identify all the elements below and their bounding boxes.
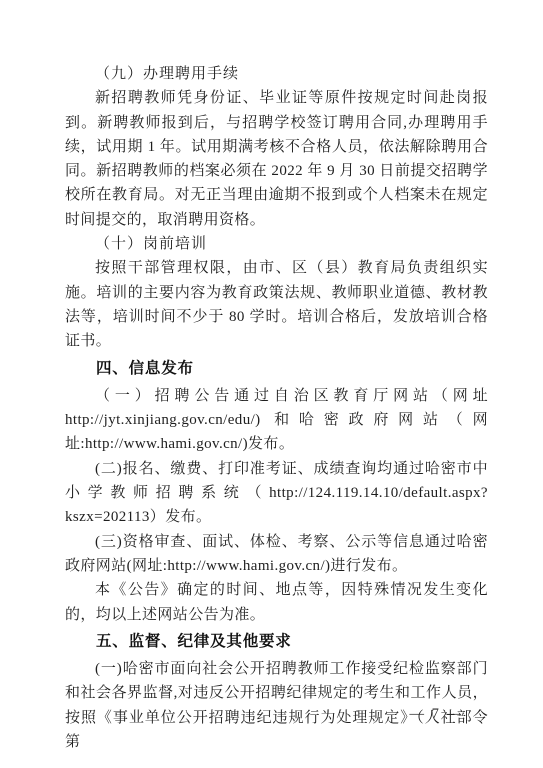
document-page: （九）办理聘用手续 新招聘教师凭身份证、毕业证等原件按规定时间赴岗报到。新聘教师… <box>0 0 543 768</box>
section-10-subheading: （十）岗前培训 <box>65 232 488 256</box>
paragraph-hiring-procedures: 新招聘教师凭身份证、毕业证等原件按规定时间赴岗报到。新聘教师报到后，与招聘学校签… <box>65 86 488 232</box>
heading-information-release: 四、信息发布 <box>65 357 488 381</box>
heading-supervision-discipline: 五、监督、纪律及其他要求 <box>65 630 488 654</box>
document-body: （九）办理聘用手续 新招聘教师凭身份证、毕业证等原件按规定时间赴岗报到。新聘教师… <box>65 62 488 754</box>
paragraph-pre-job-training: 按照干部管理权限，由市、区（县）教育局负责组织实施。培训的主要内容为教育政策法规… <box>65 256 488 353</box>
paragraph-qualification-review-info: (三)资格审查、面试、体检、考察、公示等信息通过哈密政府网站(网址:http:/… <box>65 530 488 579</box>
page-number: — 7 — <box>410 706 464 723</box>
section-9-subheading: （九）办理聘用手续 <box>65 62 488 86</box>
paragraph-changes-notice: 本《公告》确定的时间、地点等，因特殊情况发生变化的，均以上述网站公告为准。 <box>65 578 488 627</box>
paragraph-announcement-websites: （一）招聘公告通过自治区教育厅网站（网址 http://jyt.xinjiang… <box>65 384 488 457</box>
paragraph-registration-system: (二)报名、缴费、打印准考证、成绩查询均通过哈密市中小学教师招聘系统（http:… <box>65 457 488 530</box>
